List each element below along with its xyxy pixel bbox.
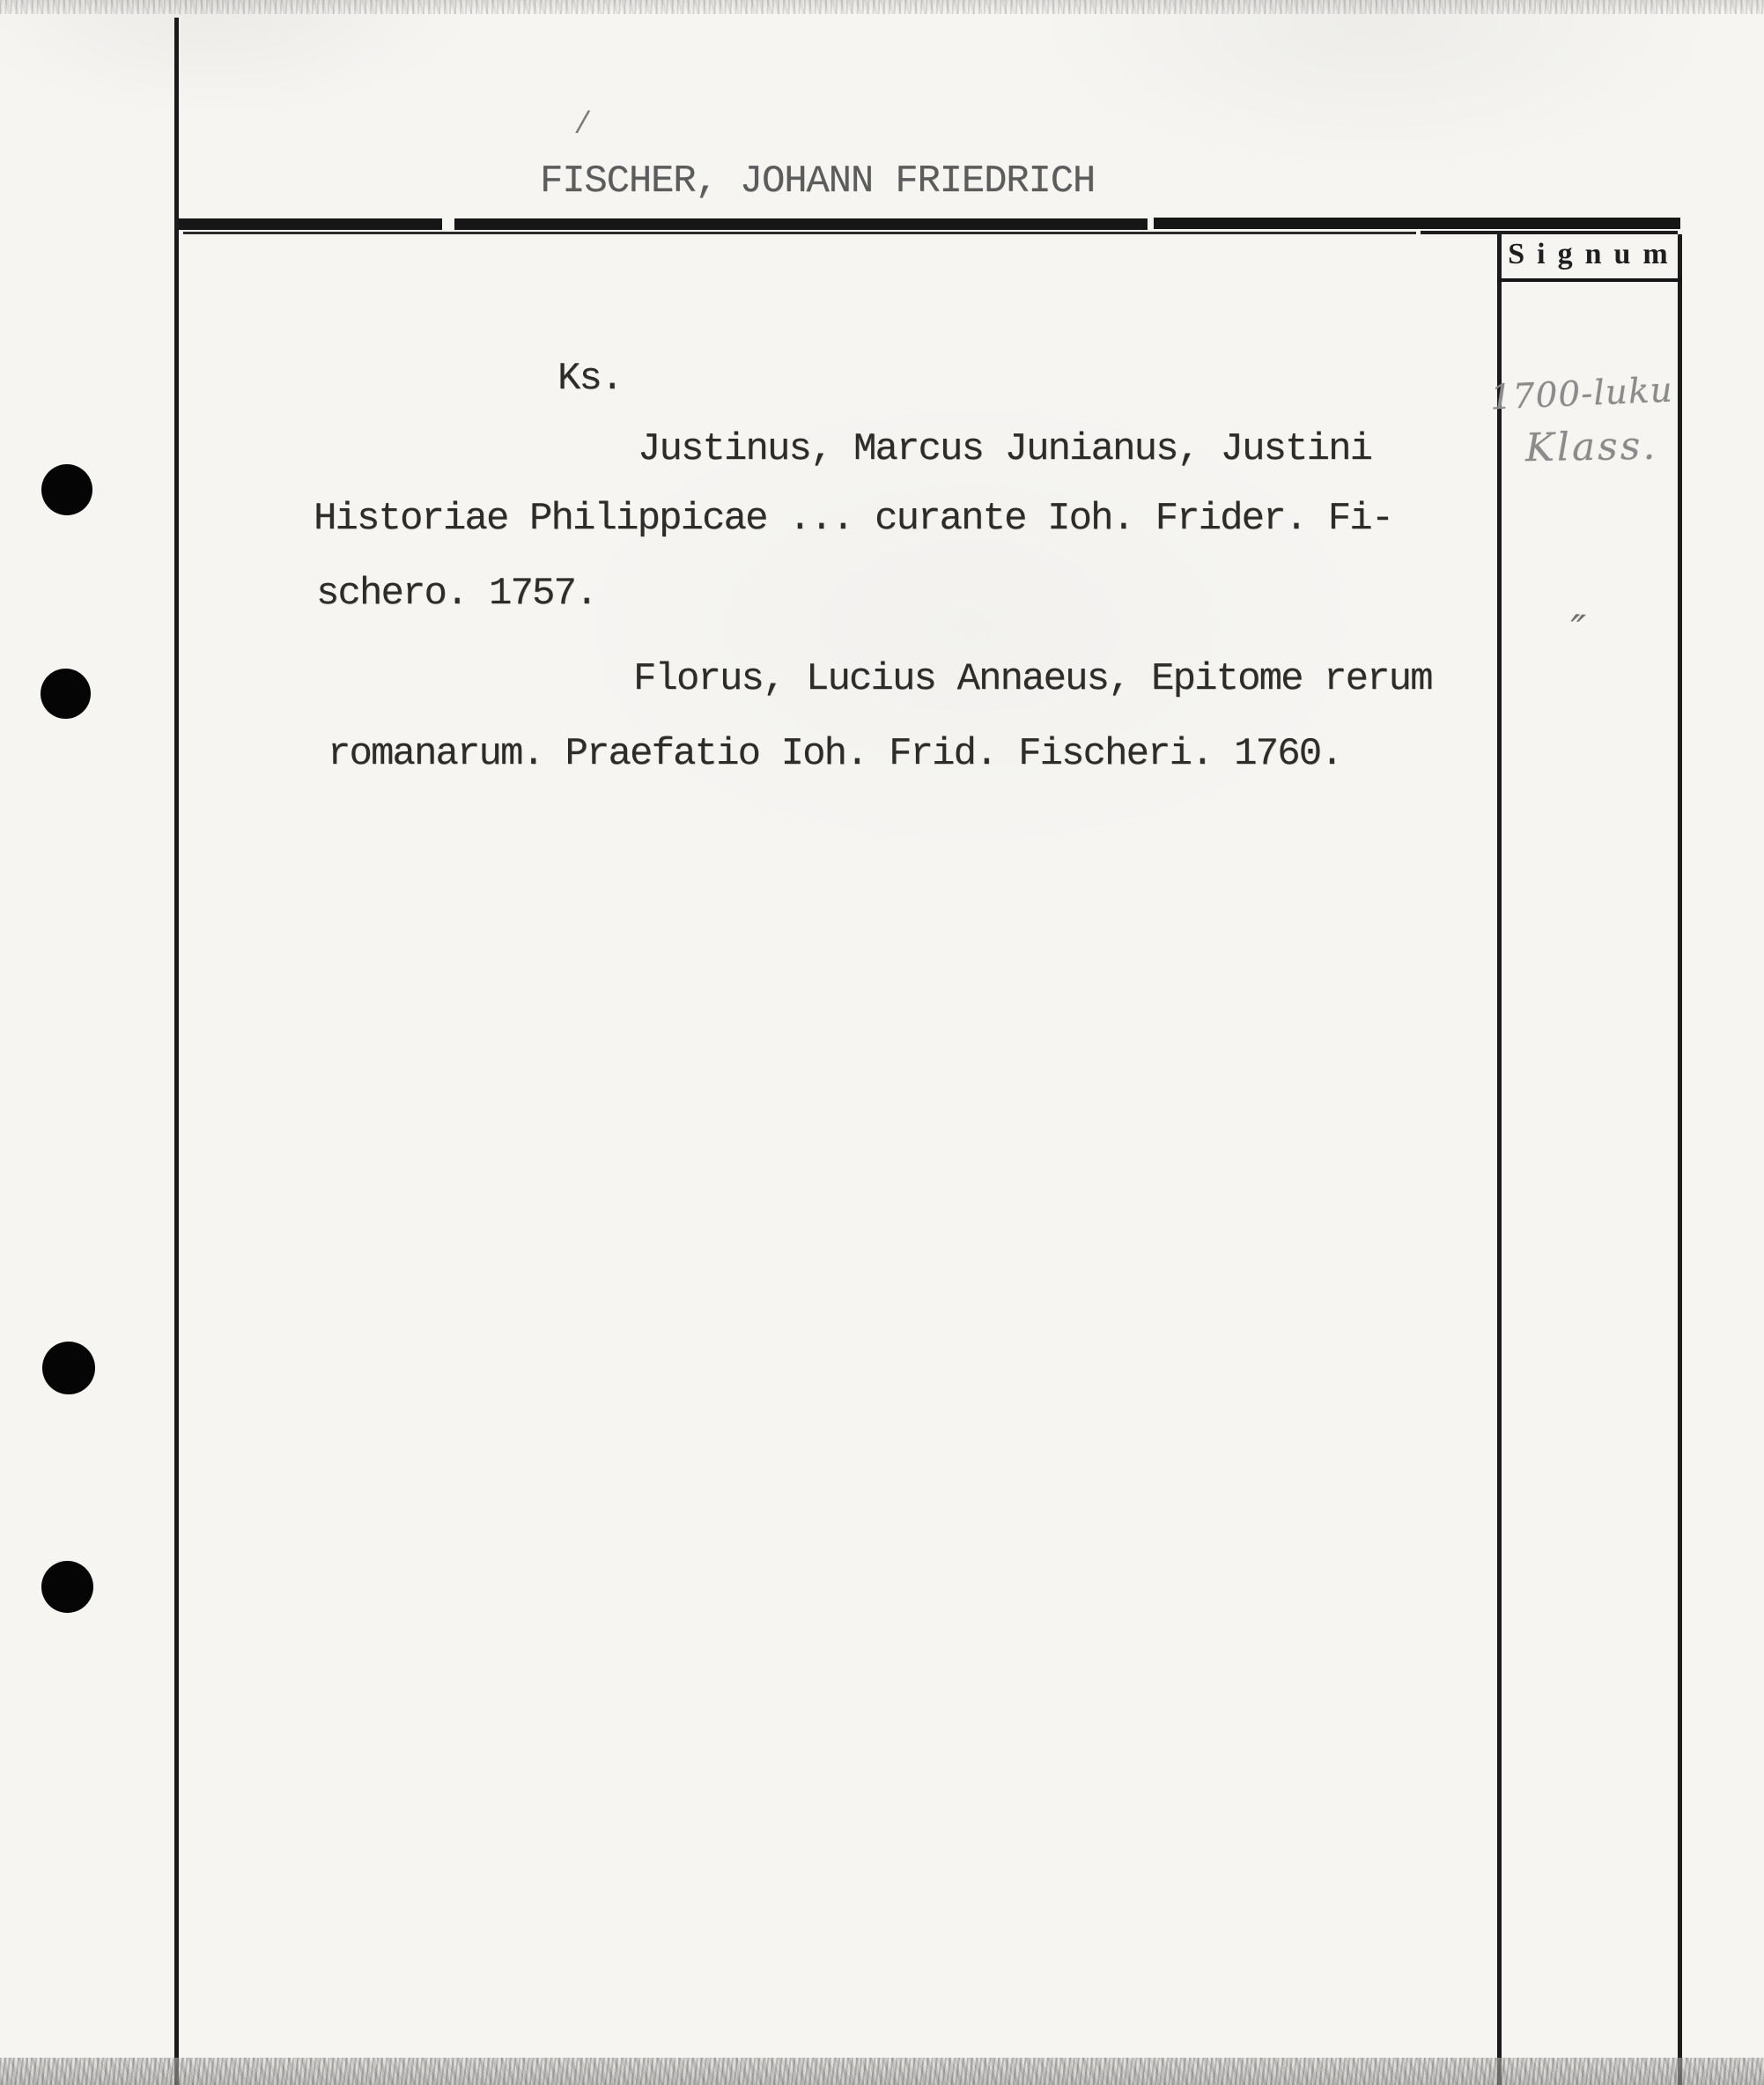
- scan-noise-top-edge: [0, 0, 1764, 14]
- signum-column-right-rule: [1678, 234, 1682, 2085]
- signum-column-header-box: Signum: [1502, 238, 1678, 277]
- top-rule-thick-segment: [179, 218, 442, 230]
- top-rule-thick-segment: [454, 218, 1148, 230]
- stray-pen-mark: /: [574, 103, 592, 140]
- signum-column-left-rule: [1497, 234, 1502, 2085]
- signum-header-underline: [1497, 278, 1682, 282]
- entry-2-line-1: Florus, Lucius Annaeus, Epitome rerum: [633, 660, 1432, 699]
- left-margin-rule: [174, 18, 179, 2085]
- punch-hole: [41, 669, 91, 719]
- entry-1-line-3: schero. 1757.: [316, 574, 597, 613]
- entry-1-signum-handwriting-line-1: 1700-luku: [1489, 373, 1673, 415]
- scan-noise-bottom-edge: [0, 2058, 1764, 2085]
- top-rule-thin-segment: [183, 232, 1416, 234]
- punch-hole: [42, 1342, 95, 1394]
- catalog-card-page: / FISCHER, JOHANN FRIEDRICH Signum Ks. J…: [0, 0, 1764, 2085]
- page-title: FISCHER, JOHANN FRIEDRICH: [540, 162, 1095, 201]
- entry-1-line-2: Historiae Philippicae ... curante Ioh. F…: [314, 499, 1392, 538]
- entry-2-signum-ditto-mark: ″: [1569, 610, 1587, 651]
- punch-hole: [41, 1561, 93, 1613]
- top-rule-thin-segment: [1421, 231, 1678, 234]
- entry-1-reference-note: Ks.: [557, 359, 623, 398]
- punch-hole: [41, 464, 92, 515]
- entry-1-signum-handwriting-line-2: Klass.: [1525, 427, 1658, 469]
- signum-column-header: Signum: [1499, 238, 1680, 270]
- top-rule-thick-segment: [1154, 218, 1680, 229]
- entry-1-line-1: Justinus, Marcus Junianus, Justini: [638, 430, 1371, 469]
- entry-2-line-2: romanarum. Praefatio Ioh. Frid. Fischeri…: [328, 735, 1342, 773]
